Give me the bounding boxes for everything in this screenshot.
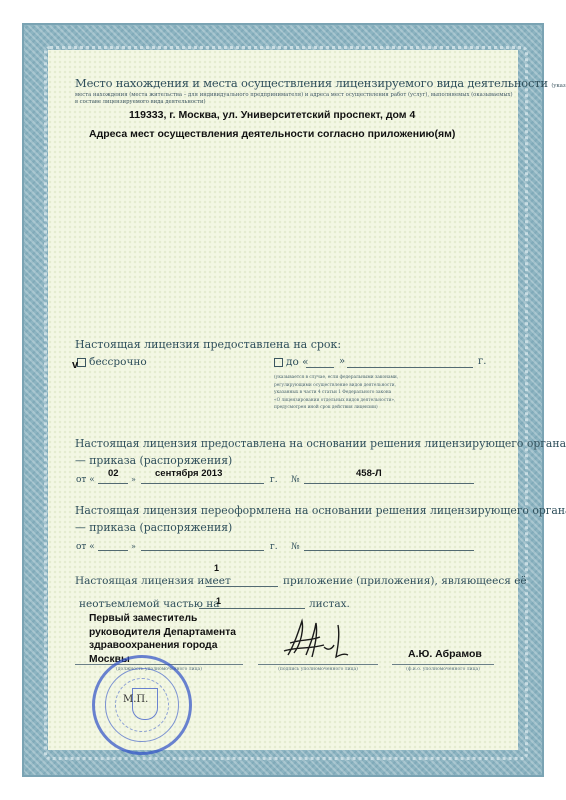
reissued-from-label: от «	[76, 542, 95, 552]
addresses-appendix-note: Адреса мест осуществления деятельности с…	[89, 128, 455, 140]
sheets-suffix: листах.	[309, 598, 350, 610]
appendix-suffix: приложение (приложения), являющееся её	[283, 575, 527, 587]
until-note-line: указанных в части 4 статьи 1 Федеральног…	[274, 389, 398, 397]
indefinite-label: бессрочно	[89, 356, 147, 368]
reissued-line1: Настоящая лицензия переоформлена на осно…	[75, 504, 566, 517]
until-year-suffix: г.	[478, 356, 486, 367]
granted-day[interactable]: 02	[108, 468, 119, 479]
until-note-line: (указывается в случае, если федеральными…	[274, 374, 398, 382]
location-note-line3: в составе лицензируемого вида деятельнос…	[75, 99, 206, 106]
signature-image	[280, 615, 360, 665]
reissued-number-label: №	[291, 542, 300, 552]
until-note: (указывается в случае, если федеральными…	[274, 374, 398, 412]
signatory-position: Первый заместитель руководителя Департам…	[89, 612, 236, 666]
granted-month-year-field[interactable]	[141, 483, 264, 484]
term-heading: Настоящая лицензия предоставлена на срок…	[75, 338, 341, 351]
sheets-count-field[interactable]	[199, 608, 305, 609]
granted-year-suffix: г.	[270, 475, 278, 485]
location-heading-note: (указываются адрес	[551, 83, 566, 89]
term-until-option[interactable]: до «	[274, 356, 309, 368]
position-line: Первый заместитель	[89, 612, 236, 626]
position-line: здравоохранения города	[89, 639, 236, 653]
until-date-field[interactable]	[347, 367, 473, 368]
granted-number-label: №	[291, 475, 300, 485]
sheets-count[interactable]: 1	[216, 596, 221, 606]
reissued-year-suffix: г.	[270, 542, 278, 552]
term-indefinite-option[interactable]: vбессрочно	[72, 356, 147, 368]
seal-place-label: М.П.	[123, 694, 148, 705]
granted-number-field[interactable]	[304, 483, 474, 484]
signature-line-field	[258, 664, 378, 665]
granted-number[interactable]: 458-Л	[356, 468, 382, 479]
indefinite-checkbox[interactable]	[77, 358, 86, 367]
granted-line2: — приказа (распоряжения)	[75, 454, 232, 467]
reissued-line2: — приказа (распоряжения)	[75, 521, 232, 534]
until-day-field[interactable]	[306, 367, 334, 368]
until-checkbox[interactable]	[274, 358, 283, 367]
granted-line1: Настоящая лицензия предоставлена на осно…	[75, 437, 566, 450]
granted-from-label: от «	[76, 475, 95, 485]
granted-quote-close: »	[131, 475, 136, 484]
check-mark-icon: v	[72, 359, 78, 371]
signatory-name: А.Ю. Абрамов	[408, 648, 482, 660]
reissued-number-field[interactable]	[304, 550, 474, 551]
until-note-line: «О лицензировании отдельных видов деятел…	[274, 397, 398, 405]
until-quote-close: »	[339, 356, 345, 367]
name-caption: (ф.и.о. уполномоченного лица)	[392, 667, 494, 672]
appendix-count[interactable]: 1	[214, 563, 219, 573]
until-note-line: предусмотрен иной срок действия лицензии…	[274, 404, 398, 412]
reissued-month-year-field[interactable]	[141, 550, 264, 551]
appendix-count-field[interactable]	[206, 586, 278, 587]
official-seal: М.П.	[92, 655, 192, 755]
granted-day-field[interactable]	[98, 483, 128, 484]
signature-caption: (подпись уполномоченного лица)	[258, 667, 378, 672]
until-note-line: регулирующими осуществление видов деятел…	[274, 382, 398, 390]
location-heading: Место нахождения и места осуществления л…	[75, 76, 566, 90]
name-line-field	[392, 664, 494, 665]
reissued-quote-close: »	[131, 542, 136, 551]
reissued-day-field[interactable]	[98, 550, 128, 551]
position-line: руководителя Департамента	[89, 626, 236, 640]
location-heading-text: Место нахождения и места осуществления л…	[75, 76, 548, 90]
address-value: 119333, г. Москва, ул. Университетский п…	[129, 109, 415, 121]
granted-month-year[interactable]: сентября 2013	[155, 468, 222, 479]
